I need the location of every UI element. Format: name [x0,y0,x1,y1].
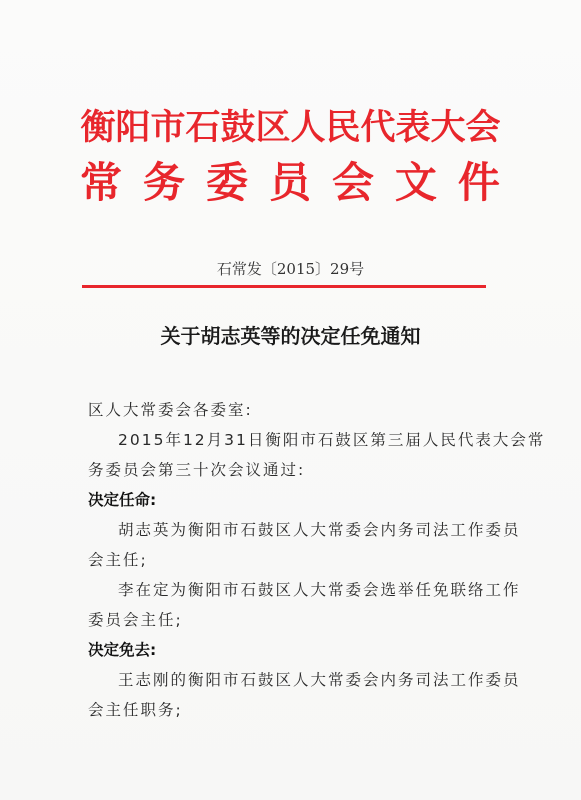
document-title: 关于胡志英等的决定任免通知 [0,320,581,349]
doc-type-char: 员 [269,150,311,210]
org-heading: 衡阳市石鼓区人民代表大会 [0,100,581,150]
document-number: 石常发〔2015〕29号 [0,258,581,279]
remove-heading: 决定免去: [88,638,156,660]
intro-line-1: 2015年12月31日衡阳市石鼓区第三届人民代表大会常 [118,428,545,450]
red-divider [82,285,486,288]
appoint-2-line-1: 李在定为衡阳市石鼓区人大常委会选举任免联络工作 [118,578,521,600]
doc-type-char: 常 [80,150,122,210]
doc-type-char: 件 [458,150,500,210]
appoint-2-line-2: 委员会主任; [88,608,183,630]
appoint-heading: 决定任命: [88,488,156,510]
doc-type-char: 委 [206,150,248,210]
appoint-1-line-1: 胡志英为衡阳市石鼓区人大常委会内务司法工作委员 [118,518,521,540]
doc-type-char: 会 [332,150,374,210]
doc-type-heading: 常 务 委 员 会 文 件 [80,150,500,210]
addressee: 区人大常委会各委室: [88,398,253,420]
remove-1-line-1: 王志刚的衡阳市石鼓区人大常委会内务司法工作委员 [118,668,521,690]
appoint-1-line-2: 会主任; [88,548,148,570]
remove-1-line-2: 会主任职务; [88,698,183,720]
document-page: 衡阳市石鼓区人民代表大会 常 务 委 员 会 文 件 石常发〔2015〕29号 … [0,0,581,800]
doc-type-char: 文 [395,150,437,210]
doc-type-char: 务 [143,150,185,210]
intro-line-2: 务委员会第三十次会议通过: [88,458,305,480]
